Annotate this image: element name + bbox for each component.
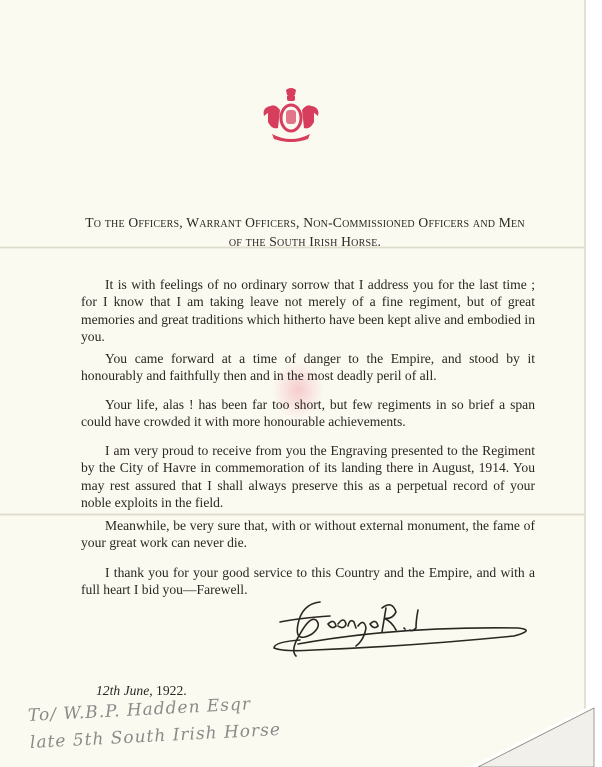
heading-line-1: To the Officers, Warrant Officers, Non-C… [70,213,540,232]
paragraph-1: It is with feelings of no ordinary sorro… [81,276,535,346]
royal-coat-of-arms-icon [260,86,322,148]
folded-corner [470,700,602,767]
paragraph-4: I am very proud to receive from you the … [81,442,535,512]
paragraph-3: Your life, alas ! has been far too short… [81,396,535,431]
handwritten-note-line-2: late 5th South Irish Horse [29,720,281,753]
letter-date: 12th June, 1922. [96,683,187,699]
signature-george-ri: George R.I. [258,588,538,668]
paragraph-2: You came forward at a time of danger to … [81,350,535,385]
handwritten-note-line-1: To/ W.B.P. Hadden Esqr [27,694,251,726]
paragraph-5: Meanwhile, be very sure that, with or wi… [81,517,535,552]
letter-heading: To the Officers, Warrant Officers, Non-C… [70,213,540,251]
paper-fold-line [0,513,584,516]
heading-line-2: of the South Irish Horse. [70,232,540,251]
letter-page: To the Officers, Warrant Officers, Non-C… [0,0,586,767]
